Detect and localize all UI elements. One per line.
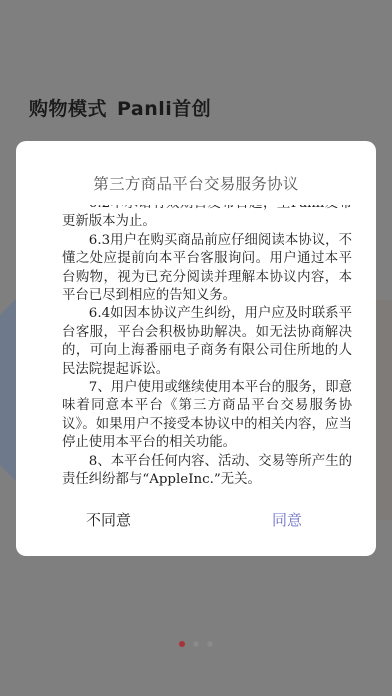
dialog-title: 第三方商品平台交易服务协议 (16, 172, 376, 194)
agree-button[interactable]: 同意 (264, 505, 310, 534)
agreement-paragraph: 6.3用户在购买商品前应仔细阅读本协议，不懂之处应提前向本平台客服询问。用户通过… (62, 232, 352, 306)
agreement-paragraph: 6.4如因本协议产生纠纷，用户应及时联系平台客服，平台会积极协助解决。如无法协商… (62, 305, 352, 379)
heading-part-2: Panli首创 (117, 98, 211, 120)
agreement-paragraph: 6.2本承诺有效期自发布日起，至Panli发布更新版本为止。 (62, 205, 352, 232)
page-dot[interactable] (207, 641, 213, 647)
agreement-paragraph: 7、用户使用或继续使用本平台的服务，即意味着同意本平台《第三方商品平台交易服务协… (62, 379, 352, 453)
agreement-text-scroll[interactable]: 6.2本承诺有效期自发布日起，至Panli发布更新版本为止。 6.3用户在购买商… (62, 205, 352, 487)
heading-part-1: 购物模式 (29, 98, 107, 120)
page-dot[interactable] (193, 641, 199, 647)
onboarding-heading: 购物模式Panli首创 (29, 94, 211, 121)
agreement-dialog: 第三方商品平台交易服务协议 6.2本承诺有效期自发布日起，至Panli发布更新版… (16, 141, 376, 556)
disagree-button[interactable]: 不同意 (78, 505, 139, 534)
page-indicator (0, 641, 392, 647)
agreement-paragraph: 8、本平台任何内容、活动、交易等所产生的责任纠纷都与“AppleInc.”无关。 (62, 453, 352, 487)
page-dot-active[interactable] (179, 641, 185, 647)
